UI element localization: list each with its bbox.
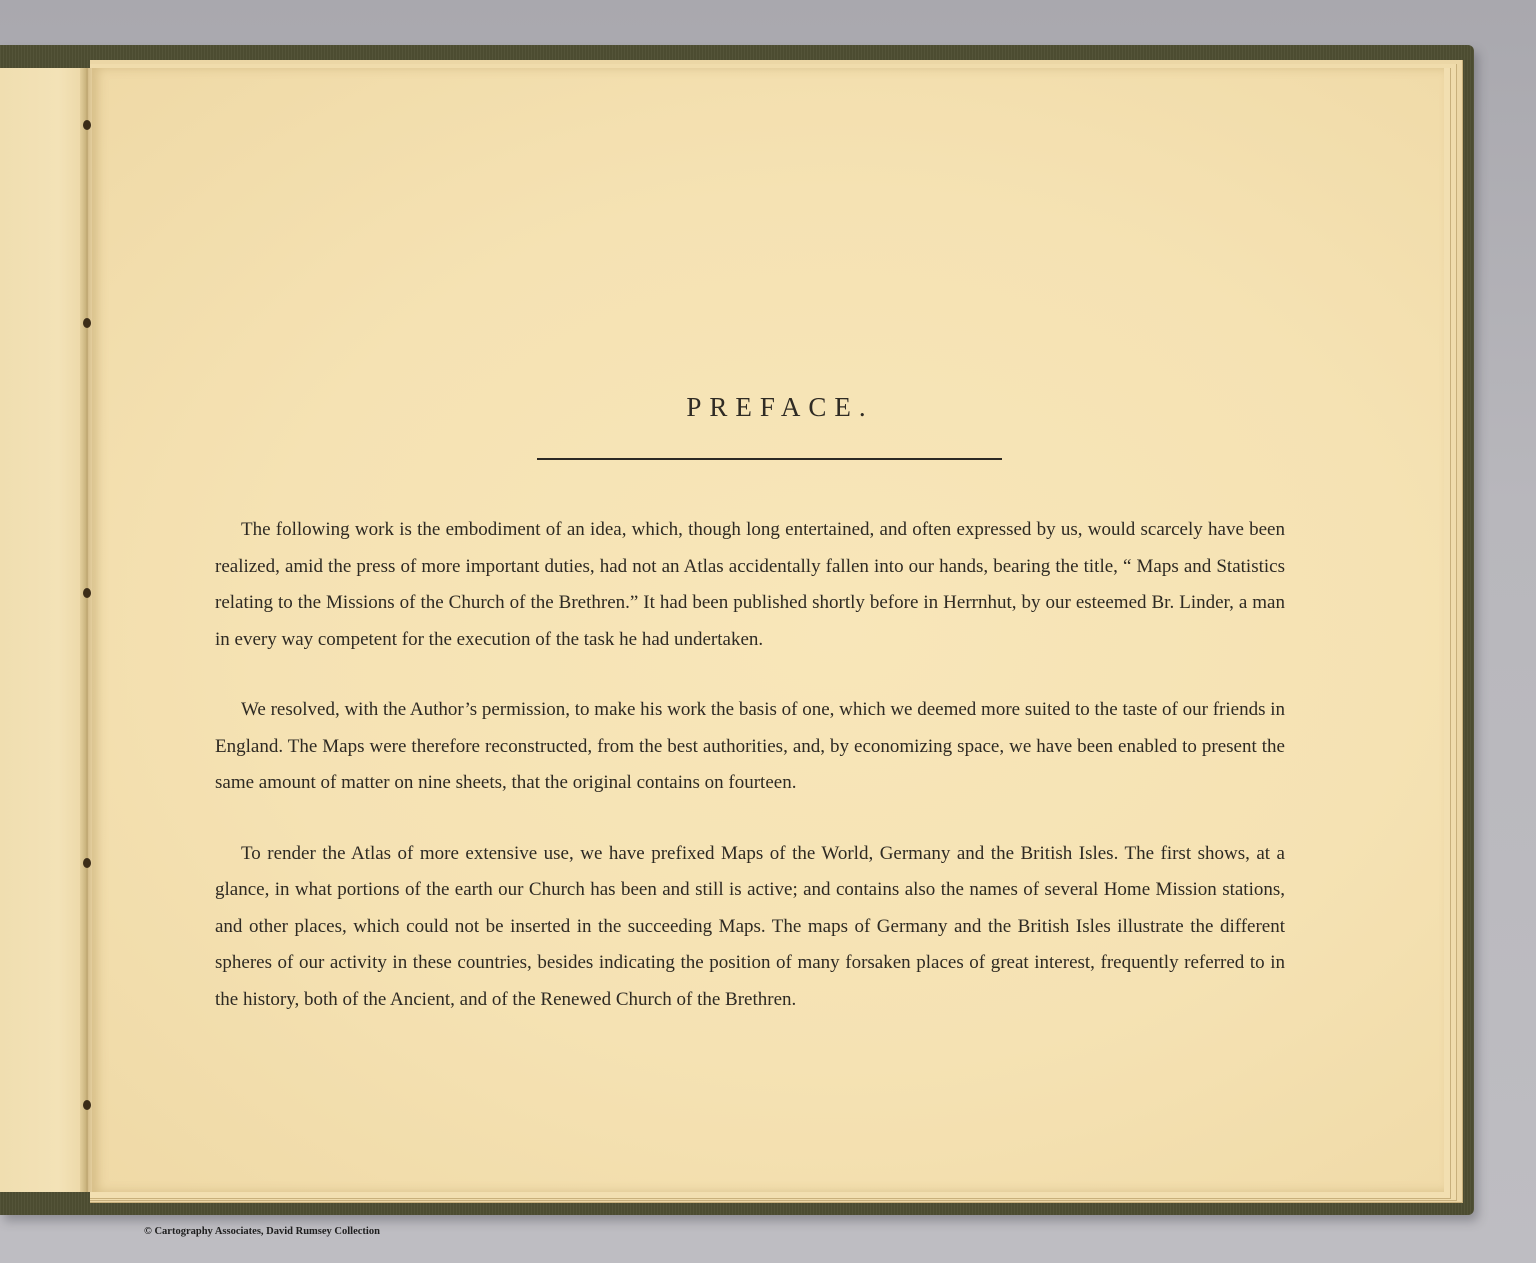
paragraph: We resolved, with the Author’s permissio… xyxy=(215,692,1285,802)
title-divider xyxy=(537,458,1002,460)
binding-stitch-icon xyxy=(83,120,91,130)
paragraph: To render the Atlas of more extensive us… xyxy=(215,836,1285,1019)
binding-stitch-icon xyxy=(83,858,91,868)
binding-stitch-icon xyxy=(83,588,91,598)
page-title: PREFACE. xyxy=(0,392,1536,423)
copyright-credit: © Cartography Associates, David Rumsey C… xyxy=(144,1226,380,1237)
paragraph: The following work is the embodiment of … xyxy=(215,512,1285,658)
left-page xyxy=(0,68,84,1192)
binding-stitch-icon xyxy=(83,1100,91,1110)
preface-body: The following work is the embodiment of … xyxy=(215,512,1285,1052)
binding-stitch-icon xyxy=(83,318,91,328)
